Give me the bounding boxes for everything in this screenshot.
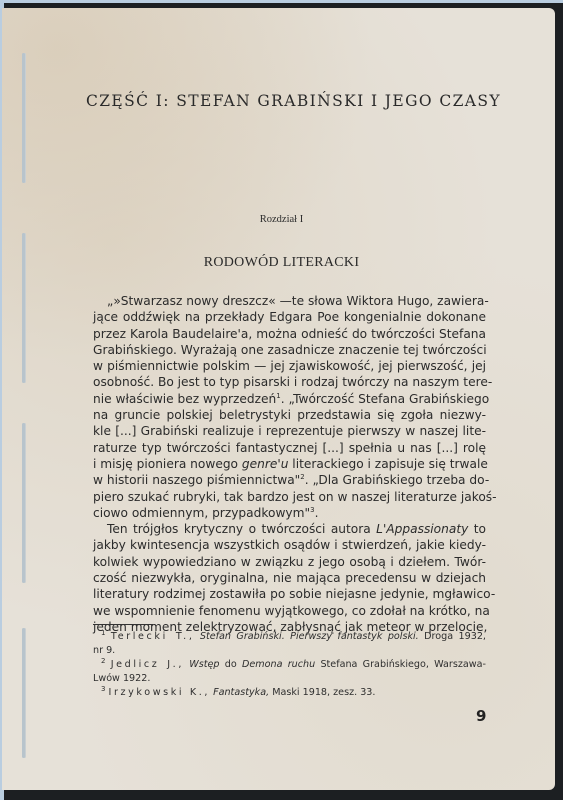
footnote-title: Demona ruchu — [242, 659, 315, 670]
text-segment: Ten trójgłos krytyczny o twórczości auto… — [107, 522, 376, 536]
text-line: nie właściwie bez wyprzedzeń1. „Twórczoś… — [93, 391, 486, 407]
text-line: w historii naszego piśmiennictwa"2. „Dla… — [93, 472, 486, 488]
text-line: i misję pioniera nowego genre'u literack… — [93, 456, 486, 472]
footnote-2-cont: Lwów 1922. — [93, 672, 486, 686]
text-line: Grabińskiego. Wyrażają one zasadnicze zn… — [93, 342, 486, 358]
footnote-divider — [93, 624, 153, 625]
text-line: „»Stwarzasz nowy dreszcz« —te słowa Wikt… — [93, 293, 486, 309]
text-segment: . „Twórczość Stefana Grabińskiego — [281, 392, 490, 406]
footnote-1: 1 Terlecki T., Stefan Grabiński. Pierwsz… — [93, 630, 486, 644]
text-segment: . — [315, 506, 319, 520]
text-line: osobność. Bo jest to typ pisarski i rodz… — [93, 374, 486, 390]
text-segment: i misję pioniera nowego — [93, 457, 242, 471]
italic-term: genre'u — [242, 457, 289, 471]
footnote-number: 3 — [101, 685, 105, 693]
text-segment: . „Dla Grabińskiego trzeba do- — [305, 473, 489, 487]
text-segment: ciowo odmiennym, przypadkowym" — [93, 506, 310, 520]
text-segment: nie właściwie bez wyprzedzeń — [93, 392, 276, 406]
footnote-title: Stefan Grabiński. Pierwszy fantastyk pol… — [200, 631, 419, 642]
italic-title: L'Appassionaty — [376, 522, 468, 536]
text-line: przez Karola Baudelaire'a, można odnieść… — [93, 326, 486, 342]
footnote-author: Terlecki T., — [111, 631, 195, 642]
chapter-title: RODOWÓD LITERACKI — [0, 255, 563, 271]
footnote-source: Stefana Grabińskiego, Warszawa- — [320, 659, 486, 670]
text-line: kle [...] Grabiński realizuje i reprezen… — [93, 423, 486, 439]
body-text: „»Stwarzasz nowy dreszcz« —te słowa Wikt… — [93, 293, 486, 635]
text-line: jakby kwintesencja wszystkich osądów i s… — [93, 537, 486, 553]
chapter-label: Rozdział I — [0, 214, 563, 225]
text-segment: w historii naszego piśmiennictwa" — [93, 473, 300, 487]
footnotes: 1 Terlecki T., Stefan Grabiński. Pierwsz… — [93, 630, 486, 700]
footnote-number: 2 — [101, 657, 105, 665]
footnote-title: Fantastyka, — [213, 687, 269, 698]
footnote-2: 2 Jedlicz J., Wstęp do Demona ruchu Stef… — [93, 658, 486, 672]
page-number: 9 — [476, 707, 486, 725]
scan-background-top — [0, 0, 563, 3]
footnote-1-cont: nr 9. — [93, 644, 486, 658]
text-line: kolwiek wypowiedziano w związku z jego o… — [93, 554, 486, 570]
text-line: na gruncie polskiej beletrystyki przedst… — [93, 407, 486, 423]
text-line: raturze typ twórczości fantastycznej [..… — [93, 440, 486, 456]
text-line: Ten trójgłos krytyczny o twórczości auto… — [93, 521, 486, 537]
footnote-author: Irzykowski K., — [109, 687, 210, 698]
footnote-3: 3 Irzykowski K., Fantastyka, Maski 1918,… — [93, 686, 486, 700]
footnote-title: Wstęp — [189, 659, 219, 670]
binding-stitch — [22, 628, 25, 758]
text-line: piero szukać rubryki, tak bardzo jest on… — [93, 489, 486, 505]
footnote-source: Maski 1918, zesz. 33. — [272, 687, 375, 698]
binding-stitch — [22, 53, 25, 183]
text-segment: to — [468, 522, 486, 536]
footnote-source: Droga 1932, — [424, 631, 486, 642]
footnote-number: 1 — [101, 629, 105, 637]
text-line: ciowo odmiennym, przypadkowym"3. — [93, 505, 486, 521]
footnote-author: Jedlicz J., — [111, 659, 184, 670]
binding-stitch — [22, 423, 25, 583]
text-line: czość niezwykła, oryginalna, nie mająca … — [93, 570, 486, 586]
footnote-text: do — [225, 659, 237, 670]
text-segment: literackiego i zapisuje się trwale — [288, 457, 487, 471]
text-line: jące oddźwięk na przekłady Edgara Poe ko… — [93, 309, 486, 325]
text-line: we wspomnienie fenomenu wyjątkowego, co … — [93, 603, 486, 619]
part-title: CZĘŚĆ I: STEFAN GRABIŃSKI I JEGO CZASY — [86, 92, 506, 110]
text-line: literatury rodzimej zostawiła po sobie n… — [93, 586, 486, 602]
text-line: w piśmiennictwie polskim — jej zjawiskow… — [93, 358, 486, 374]
